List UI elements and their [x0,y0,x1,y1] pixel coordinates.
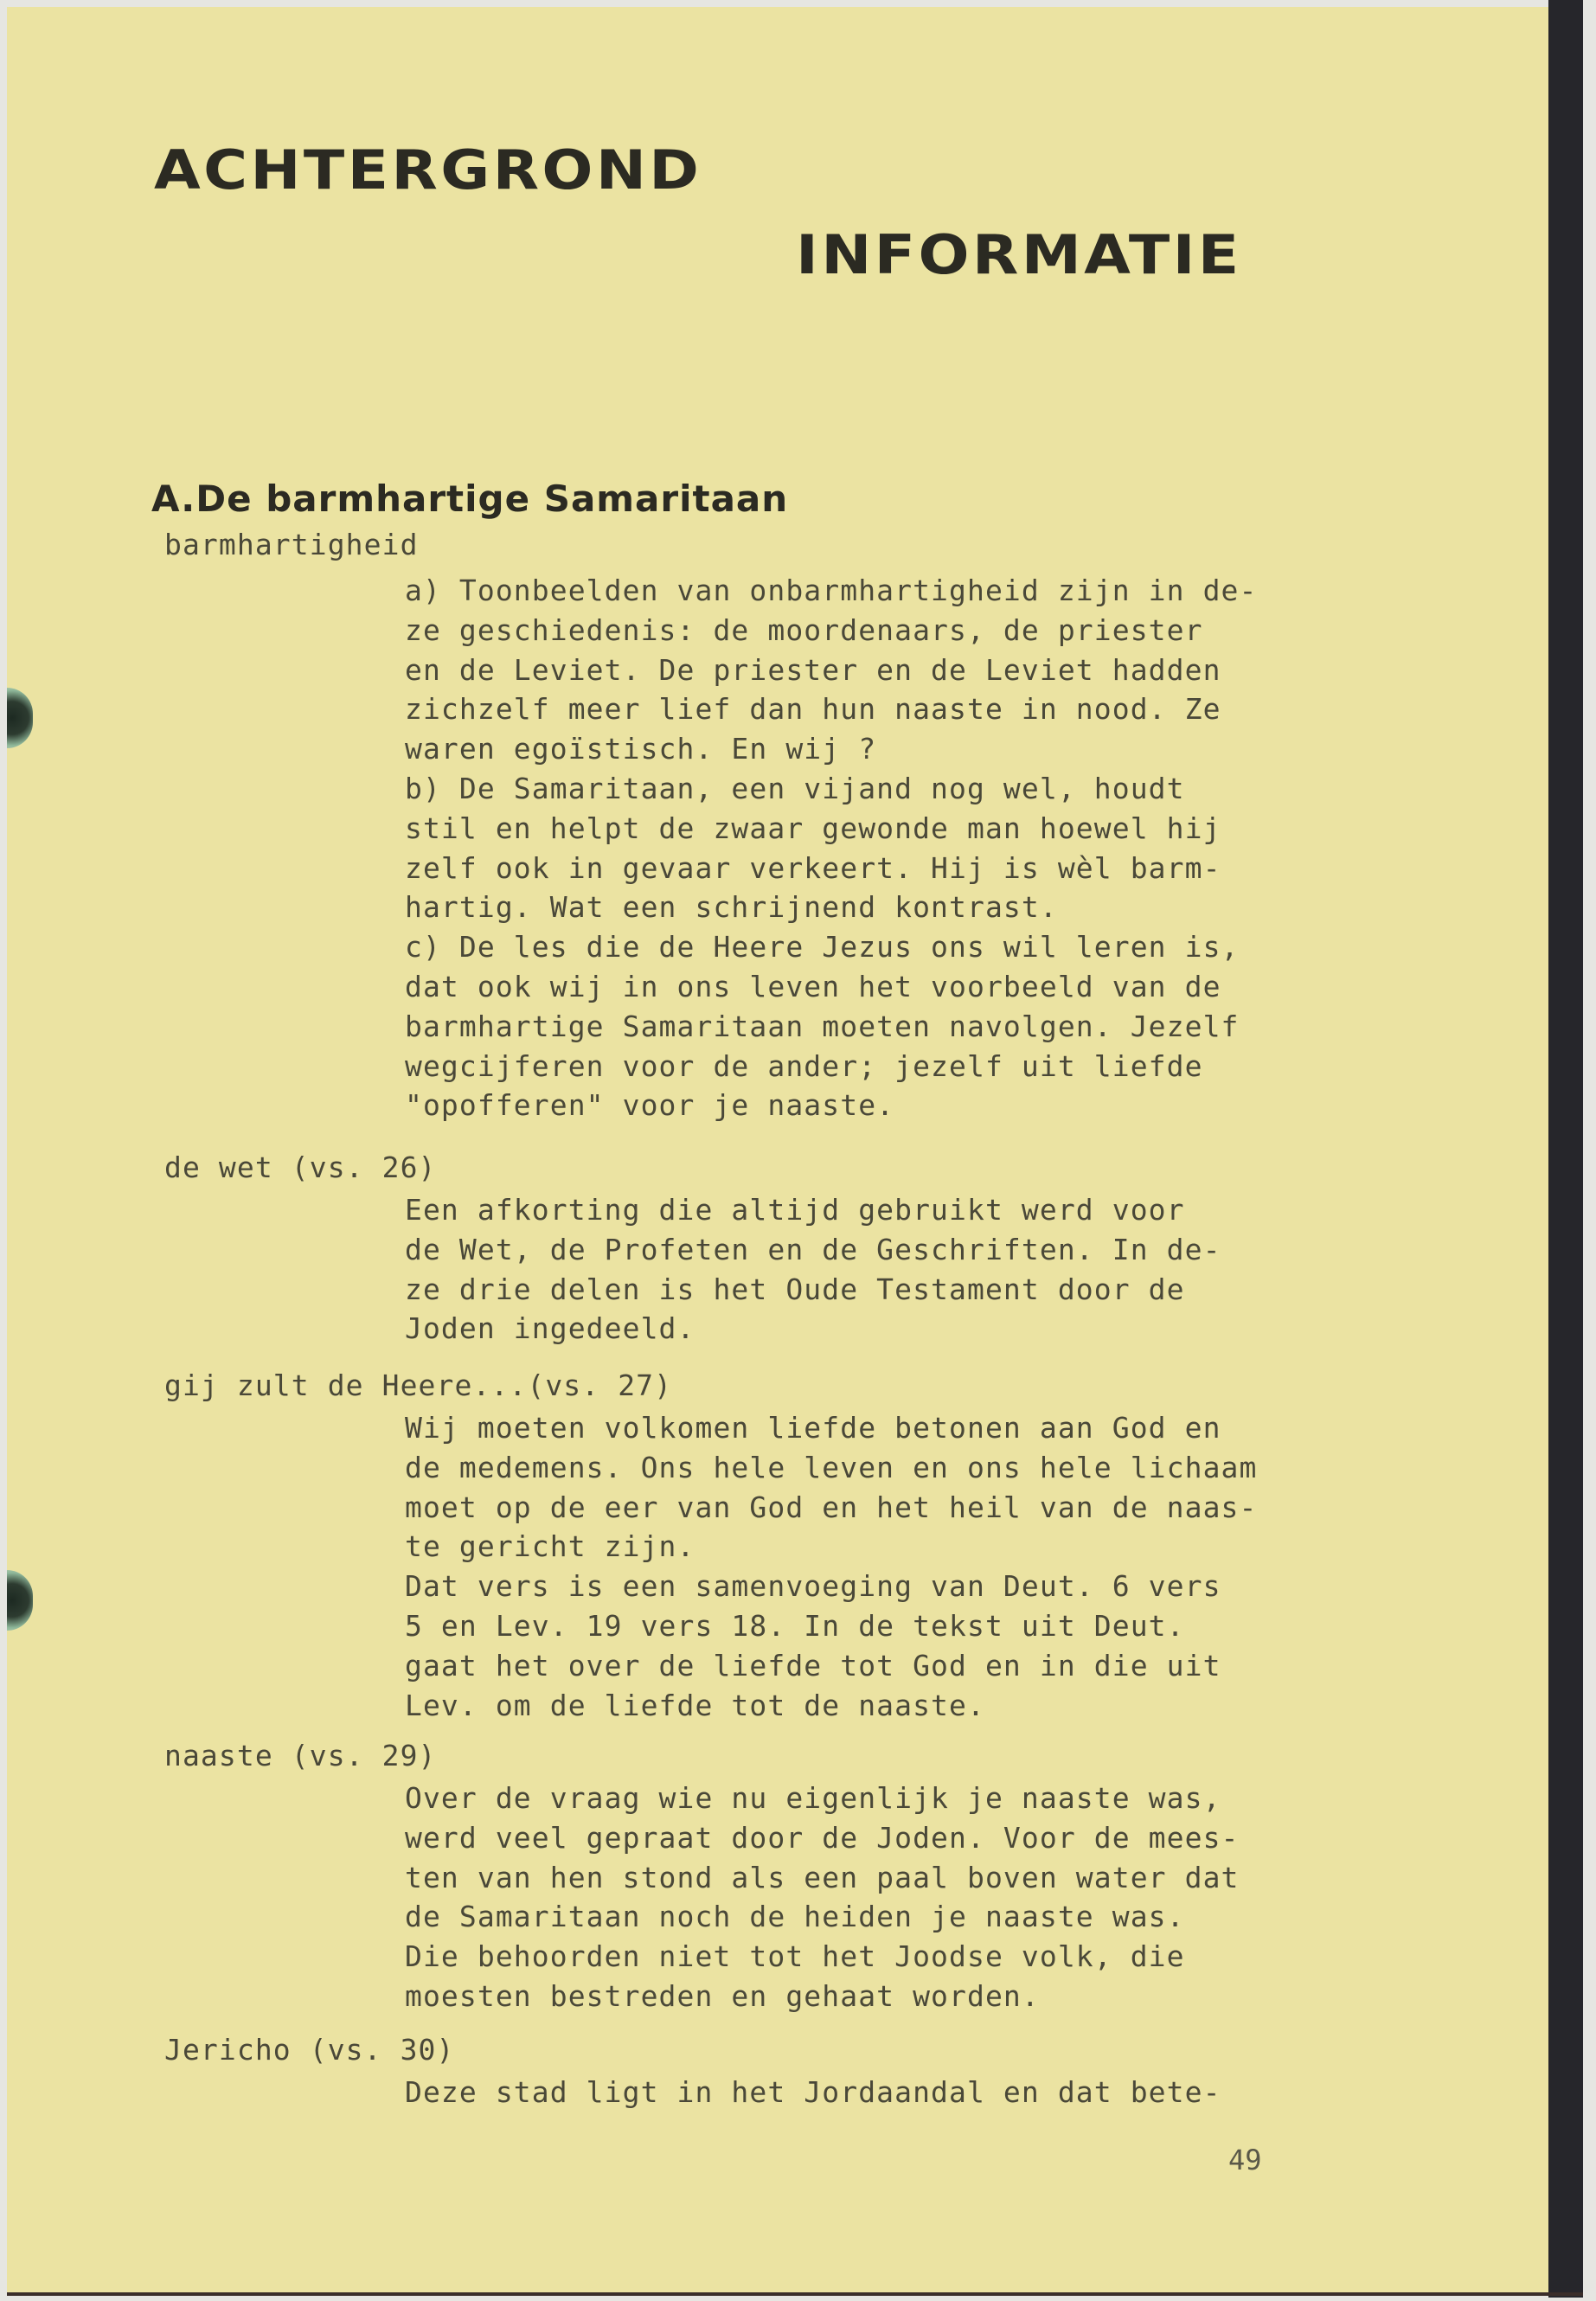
entry-body: Deze stad ligt in het Jordaandal en dat … [405,2073,1221,2112]
entry-line: wegcijferen voor de ander; jezelf uit li… [405,1047,1257,1086]
entry-line: b) De Samaritaan, een vijand nog wel, ho… [405,769,1257,809]
entry-body: Een afkorting die altijd gebruikt werd v… [405,1190,1221,1349]
entry-line: stil en helpt de zwaar gewonde man hoewe… [405,809,1257,849]
entry-line: "opofferen" voor je naaste. [405,1086,1257,1125]
entry-line: hartig. Wat een schrijnend kontrast. [405,888,1257,927]
entry-body: a) Toonbeelden van onbarmhartigheid zijn… [405,571,1257,1125]
entry-line: de Samaritaan noch de heiden je naaste w… [405,1897,1240,1937]
page-number: 49 [1228,2144,1262,2176]
entry-body: Wij moeten volkomen liefde betonen aan G… [405,1408,1257,1725]
entry-line: zelf ook in gevaar verkeert. Hij is wèl … [405,849,1257,888]
entry-line: moesten bestreden en gehaat worden. [405,1977,1240,2016]
entry-line: te gericht zijn. [405,1527,1257,1567]
entry-line: Over de vraag wie nu eigenlijk je naaste… [405,1779,1240,1818]
page-bottom-edge [7,2292,1583,2296]
entry-line: Dat vers is een samenvoeging van Deut. 6… [405,1567,1257,1606]
binder-spine [1548,0,1583,2298]
entry-line: ze drie delen is het Oude Testament door… [405,1270,1221,1310]
entry-line: 5 en Lev. 19 vers 18. In de tekst uit De… [405,1606,1257,1646]
entry-line: moet op de eer van God en het heil van d… [405,1488,1257,1528]
entry-body: Over de vraag wie nu eigenlijk je naaste… [405,1779,1240,2016]
entry-term: de wet (vs. 26) [164,1150,437,1184]
entry-line: Die behoorden niet tot het Joodse volk, … [405,1937,1240,1977]
entry-line: de Wet, de Profeten en de Geschriften. I… [405,1230,1221,1270]
entry-line: Wij moeten volkomen liefde betonen aan G… [405,1408,1257,1448]
entry-line: dat ook wij in ons leven het voorbeeld v… [405,967,1257,1007]
entry-line: en de Leviet. De priester en de Leviet h… [405,651,1257,690]
entry-line: Deze stad ligt in het Jordaandal en dat … [405,2073,1221,2112]
entry-line: a) Toonbeelden van onbarmhartigheid zijn… [405,571,1257,611]
entry-term: gij zult de Heere...(vs. 27) [164,1368,672,1402]
entry-line: Lev. om de liefde tot de naaste. [405,1686,1257,1726]
entry-line: c) De les die de Heere Jezus ons wil ler… [405,927,1257,967]
entry-line: Een afkorting die altijd gebruikt werd v… [405,1190,1221,1230]
entry-line: ze geschiedenis: de moordenaars, de prie… [405,611,1257,651]
entry-term: Jericho (vs. 30) [164,2033,454,2067]
entry-line: waren egoïstisch. En wij ? [405,729,1257,769]
heading-line-2: INFORMATIE [796,223,1242,286]
entry-line: zichzelf meer lief dan hun naaste in noo… [405,689,1257,729]
entry-line: werd veel gepraat door de Joden. Voor de… [405,1818,1240,1858]
heading-line-1: ACHTERGROND [154,138,702,202]
entry-term: barmhartigheid [164,528,419,561]
entry-line: ten van hen stond als een paal boven wat… [405,1858,1240,1898]
entry-line: de medemens. Ons hele leven en ons hele … [405,1448,1257,1488]
entry-term: naaste (vs. 29) [164,1739,437,1772]
entry-line: Joden ingedeeld. [405,1309,1221,1349]
section-title: A.De barmhartige Samaritaan [151,478,788,520]
entry-line: barmhartige Samaritaan moeten navolgen. … [405,1007,1257,1047]
entry-line: gaat het over de liefde tot God en in di… [405,1646,1257,1686]
